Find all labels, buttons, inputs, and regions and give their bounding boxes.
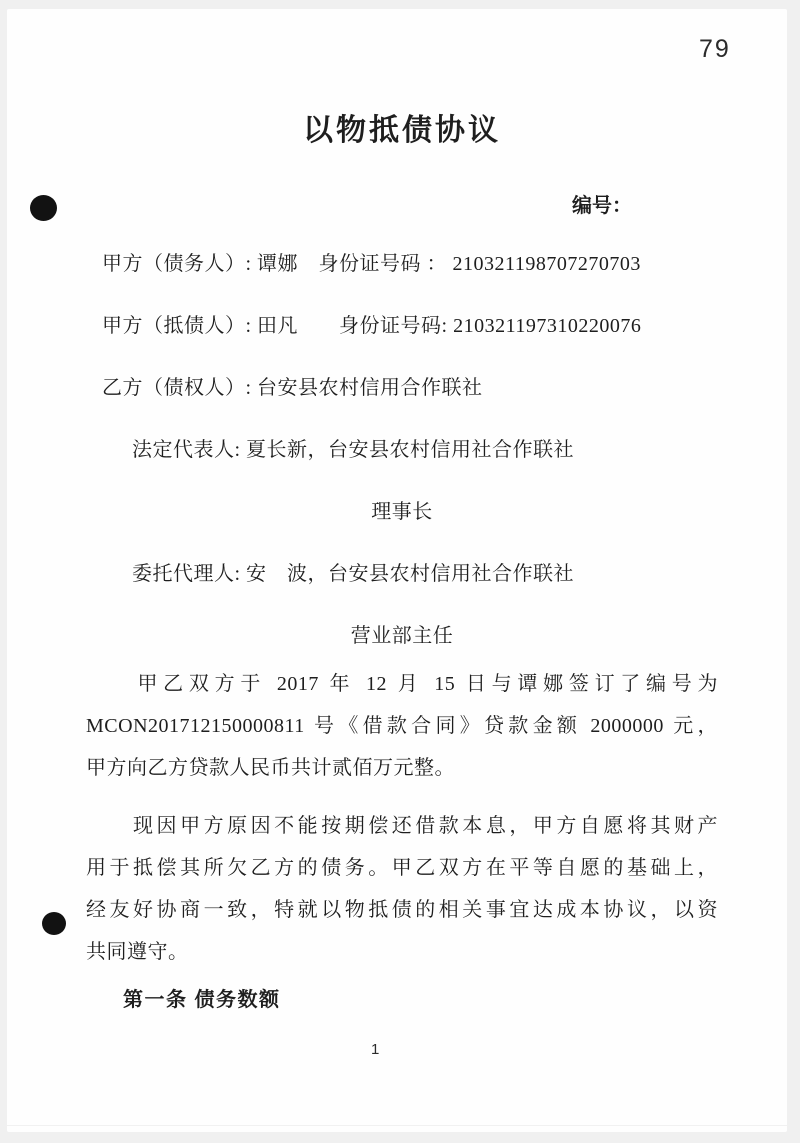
scanned-document-screenshot: { "scan": { "corner_page_number": "79", … bbox=[0, 0, 800, 1143]
party-line-chairman-title: 理事长 bbox=[86, 497, 718, 527]
party-line-pledger: 甲方（抵债人）: 田凡 身份证号码: 210321197310220076 bbox=[102, 311, 718, 341]
footer-page-number: 1 bbox=[371, 1041, 379, 1058]
document-content: 以物抵债协议 编号： 甲方（债务人）: 谭娜 身份证号码 ： 210321198… bbox=[7, 9, 787, 1132]
party-line-debtor: 甲方（债务人）: 谭娜 身份证号码 ： 210321198707270703 bbox=[102, 249, 718, 279]
paragraph-line: 现因甲方原因不能按期偿还借款本息，甲方自愿将其财产 bbox=[86, 805, 718, 847]
paragraph-line: 共同遵守。 bbox=[86, 931, 718, 973]
party-line-creditor: 乙方（债权人）: 台安县农村信用合作联社 bbox=[102, 373, 718, 403]
paragraph-line: 用于抵偿其所欠乙方的债务。甲乙双方在平等自愿的基础上， bbox=[86, 847, 718, 889]
party-line-entrusted-agent: 委托代理人: 安 波，台安县农村信用社合作联社 bbox=[132, 559, 718, 589]
document-title: 以物抵债协议 bbox=[86, 9, 718, 151]
paragraph-line: 经友好协商一致，特就以物抵债的相关事宜达成本协议，以资 bbox=[86, 889, 718, 931]
paragraph-line: 甲方向乙方贷款人民币共计贰佰万元整。 bbox=[86, 747, 718, 789]
paragraph-loan-background: 甲乙双方于 2017 年 12 月 15 日与谭娜签订了编号为 MCON2017… bbox=[86, 663, 718, 789]
paragraph-agreement-basis: 现因甲方原因不能按期偿还借款本息，甲方自愿将其财产 用于抵偿其所欠乙方的债务。甲… bbox=[86, 805, 718, 973]
doc-number-label: 编号： bbox=[86, 191, 718, 221]
paragraph-line: 甲乙双方于 2017 年 12 月 15 日与谭娜签订了编号为 bbox=[86, 663, 718, 705]
section-heading-article-1: 第一条 债务数额 bbox=[123, 985, 718, 1015]
party-line-legal-representative: 法定代表人: 夏长新，台安县农村信用社合作联社 bbox=[132, 435, 718, 465]
document-page: 79 以物抵债协议 编号： 甲方（债务人）: 谭娜 身份证号码 ： 210321… bbox=[7, 9, 787, 1132]
party-line-business-director-title: 营业部主任 bbox=[86, 621, 718, 651]
paragraph-line: MCON201712150000811 号《借款合同》贷款金额 2000000 … bbox=[86, 705, 718, 747]
